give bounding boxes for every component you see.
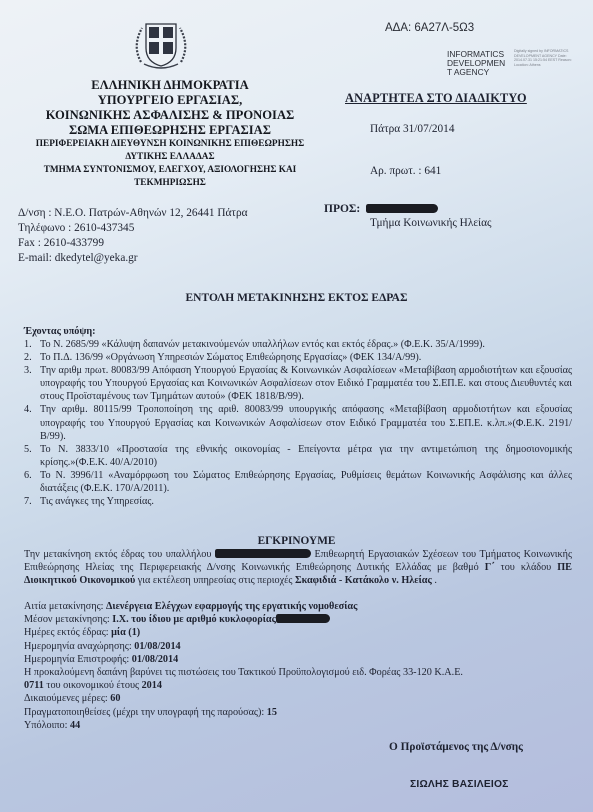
reason-value: Διενέργεια Ελέγχων εφαρμογής της εργατικ… xyxy=(106,601,357,612)
done-row: Πραγματοποιηθείσες (μέχρι την υπογραφή τ… xyxy=(24,706,574,719)
means-label: Μέσον μετακίνησης: xyxy=(24,614,112,625)
approval-paragraph: Την μετακίνηση εκτός έδρας του υπαλλήλου… xyxy=(24,548,572,588)
signatory-name: ΣΙΩΛΗΣ ΒΑΣΙΛΕΙΟΣ xyxy=(410,779,509,790)
departure-label: Ημερομηνία αναχώρησης: xyxy=(24,641,134,652)
expense-row-cont: 0711 του οικονομικού έτους 2014 xyxy=(24,679,574,692)
email: E-mail: dkedytel@yeka.gr xyxy=(18,251,138,266)
phone: Τηλέφωνο : 2610-437345 xyxy=(18,221,134,236)
area: Σκαφιδιά - Κατάκολο ν. Ηλείας xyxy=(295,575,432,586)
redacted-employee-name xyxy=(215,549,311,558)
agency-line: T AGENCY xyxy=(447,68,505,77)
reference-item: 3.Την αριθμ πρωτ. 80083/99 Απόφαση Υπουρ… xyxy=(24,364,572,403)
recipient-label: ΠΡΟΣ: xyxy=(324,203,360,215)
reference-number: 3. xyxy=(24,364,32,377)
fax: Fax : 2610-433799 xyxy=(18,236,104,251)
expense-year-text: του οικονομικού έτους xyxy=(44,680,142,691)
approval-text: . xyxy=(432,575,437,586)
remaining-label: Υπόλοιπο: xyxy=(24,720,70,731)
days-value: μία (1) xyxy=(111,627,140,638)
post-online-notice: ΑΝΑΡΤΗΤΕΑ ΣΤΟ ΔΙΑΔΙΚΤΥΟ xyxy=(345,91,527,106)
reason-label: Αιτία μετακίνησης: xyxy=(24,601,106,612)
reference-number: 2. xyxy=(24,351,32,364)
reference-text: Την αριθμ. 80115/99 Τροποποίηση της αριθ… xyxy=(40,404,572,441)
reference-text: Το Ν. 3833/10 «Προστασία της εθνικής οικ… xyxy=(40,444,572,468)
reference-text: Το Π.Δ. 136/99 «Οργάνωση Υπηρεσιών Σώματ… xyxy=(40,352,421,363)
return-row: Ημερομηνία Επιστροφής: 01/08/2014 xyxy=(24,653,574,666)
entitled-value: 60 xyxy=(110,693,120,704)
header-inspectorate: ΣΩΜΑ ΕΠΙΘΕΩΡΗΣΗΣ ΕΡΓΑΣΙΑΣ xyxy=(0,123,340,139)
return-label: Ημερομηνία Επιστροφής: xyxy=(24,654,132,665)
recipient-department: Τμήμα Κοινωνικής Ηλείας xyxy=(370,217,492,229)
approval-text: Την μετακίνηση εκτός έδρας του υπαλλήλου xyxy=(24,549,211,560)
departure-row: Ημερομηνία αναχώρησης: 01/08/2014 xyxy=(24,640,574,653)
means-value: Ι.Χ. του ίδιου με αριθμό κυκλοφορίας xyxy=(112,614,276,625)
redacted-recipient xyxy=(366,204,438,213)
header-department-cont: ΤΕΚΜΗΡΙΩΣΗΣ xyxy=(0,177,340,191)
reason-row: Αιτία μετακίνησης: Διενέργεια Ελέγχων εφ… xyxy=(24,600,574,613)
reference-item: 6.Το Ν. 3996/11 «Αναμόρφωση του Σώματος … xyxy=(24,469,572,495)
document-page: ΕΛΛΗΝΙΚΗ ΔΗΜΟΚΡΑΤΙΑ ΥΠΟΥΡΓΕΙΟ ΕΡΓΑΣΙΑΣ, … xyxy=(0,0,593,812)
departure-value: 01/08/2014 xyxy=(134,641,180,652)
reference-item: 5.Το Ν. 3833/10 «Προστασία της εθνικής ο… xyxy=(24,443,572,469)
digital-signature-details: Digitally signed by INFORMATICS DEVELOPM… xyxy=(514,49,574,67)
address: Δ/νση : Ν.Ε.Ο. Πατρών-Αθηνών 12, 26441 Π… xyxy=(18,206,248,221)
reference-text: Την αριθμ πρωτ. 80083/99 Απόφαση Υπουργο… xyxy=(40,365,572,402)
reference-number: 4. xyxy=(24,403,32,416)
reference-number: 5. xyxy=(24,443,32,456)
redacted-plate-number xyxy=(276,614,330,623)
signing-agency: INFORMATICS DEVELOPMEN T AGENCY xyxy=(447,50,505,76)
protocol-number: Αρ. πρωτ. : 641 xyxy=(370,165,441,177)
return-value: 01/08/2014 xyxy=(132,654,178,665)
header-republic: ΕΛΛΗΝΙΚΗ ΔΗΜΟΚΡΑΤΙΑ xyxy=(0,78,340,94)
reference-item: 4.Την αριθμ. 80115/99 Τροποποίηση της αρ… xyxy=(24,403,572,442)
reference-item: 7.Τις ανάγκες της Υπηρεσίας. xyxy=(24,495,572,508)
reference-number: 6. xyxy=(24,469,32,482)
place-date: Πάτρα 31/07/2014 xyxy=(370,123,454,135)
reference-number: 7. xyxy=(24,495,32,508)
expense-year: 2014 xyxy=(142,680,162,691)
header-department: ΤΜΗΜΑ ΣΥΝΤΟΝΙΣΜΟΥ, ΕΛΕΓΧΟΥ, ΑΞΙΟΛΟΓΗΣΗΣ … xyxy=(0,164,340,178)
reference-item: 2.Το Π.Δ. 136/99 «Οργάνωση Υπηρεσιών Σώμ… xyxy=(24,351,572,364)
reference-item: 1.Το Ν. 2685/99 «Κάλυψη δαπανών μετακινο… xyxy=(24,338,572,351)
document-title: ΕΝΤΟΛΗ ΜΕΤΑΚΙΝΗΣΗΣ ΕΚΤΟΣ ΕΔΡΑΣ xyxy=(0,292,593,304)
means-row: Μέσον μετακίνησης: Ι.Χ. του ίδιου με αρι… xyxy=(24,613,574,626)
expense-text: Η προκαλούμενη δαπάνη βαρύνει τις πιστώσ… xyxy=(24,667,463,678)
considering-label: Έχοντας υπόψη: xyxy=(24,325,574,338)
header-regional-directorate: ΠΕΡΙΦΕΡΕΙΑΚΗ ΔΙΕΥΘΥΝΣΗ ΚΟΙΝΩΝΙΚΗΣ ΕΠΙΘΕΩ… xyxy=(0,138,340,152)
expense-code: 0711 xyxy=(24,680,44,691)
approval-text: του κλάδου xyxy=(495,562,558,573)
days-row: Ημέρες εκτός έδρας: μία (1) xyxy=(24,626,574,639)
signatory-role: Ο Προϊστάμενος της Δ/νσης xyxy=(389,741,523,753)
trip-details: Αιτία μετακίνησης: Διενέργεια Ελέγχων εφ… xyxy=(24,600,574,732)
entitled-label: Δικαιούμενες μέρες: xyxy=(24,693,110,704)
done-label: Πραγματοποιηθείσες (μέχρι την υπογραφή τ… xyxy=(24,707,267,718)
header-region: ΔΥΤΙΚΗΣ ΕΛΛΑΔΑΣ xyxy=(0,151,340,165)
remaining-row: Υπόλοιπο: 44 xyxy=(24,719,574,732)
approval-text: για εκτέλεση υπηρεσίας στις περιοχές xyxy=(135,575,295,586)
remaining-value: 44 xyxy=(70,720,80,731)
done-value: 15 xyxy=(267,707,277,718)
references-list: 1.Το Ν. 2685/99 «Κάλυψη δαπανών μετακινο… xyxy=(24,338,572,508)
header-ministry: ΥΠΟΥΡΓΕΙΟ ΕΡΓΑΣΙΑΣ, xyxy=(0,93,340,109)
ada-number: ΑΔΑ: 6Α27Λ-5Ω3 xyxy=(385,22,474,34)
reference-text: Το Ν. 3996/11 «Αναμόρφωση του Σώματος Επ… xyxy=(40,470,572,494)
expense-row: Η προκαλούμενη δαπάνη βαρύνει τις πιστώσ… xyxy=(24,666,574,679)
header-ministry-cont: ΚΟΙΝΩΝΙΚΗΣ ΑΣΦΑΛΙΣΗΣ & ΠΡΟΝΟΙΑΣ xyxy=(0,108,340,124)
reference-number: 1. xyxy=(24,338,32,351)
reference-text: Τις ανάγκες της Υπηρεσίας. xyxy=(40,496,154,507)
approve-heading: ΕΓΚΡΙΝΟΥΜΕ xyxy=(0,535,593,547)
greek-coat-of-arms-icon xyxy=(128,18,194,72)
reference-text: Το Ν. 2685/99 «Κάλυψη δαπανών μετακινούμ… xyxy=(40,339,485,350)
entitled-row: Δικαιούμενες μέρες: 60 xyxy=(24,692,574,705)
grade: Γ΄ xyxy=(485,562,495,573)
days-label: Ημέρες εκτός έδρας: xyxy=(24,627,111,638)
